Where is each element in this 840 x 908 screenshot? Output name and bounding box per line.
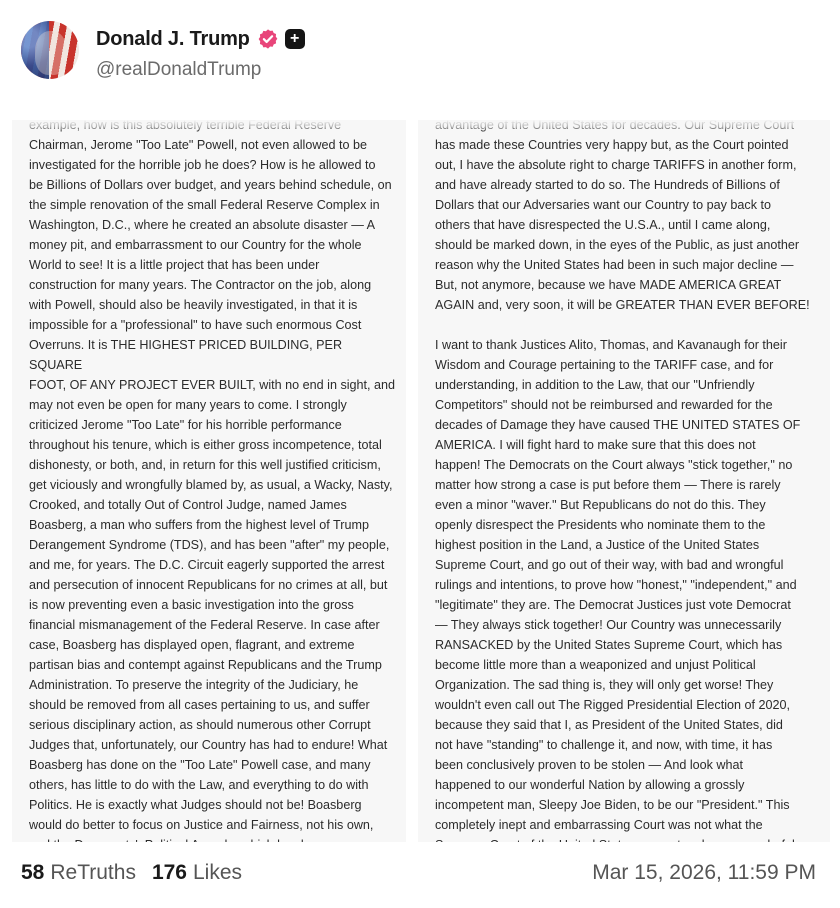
likes-label: Likes <box>193 861 242 885</box>
panel-fade-top <box>12 120 406 132</box>
author-display-name[interactable]: Donald J. Trump <box>96 28 250 51</box>
likes-count: 176 <box>152 861 187 885</box>
author-handle[interactable]: @realDonaldTrump <box>96 59 261 81</box>
retruths-label: ReTruths <box>50 861 136 885</box>
post-header: Donald J. Trump + @realDonaldTrump <box>0 0 840 110</box>
screenshot-panel-right: advantage of the United States for decad… <box>418 120 830 842</box>
retruths-stat[interactable]: 58 ReTruths <box>21 861 136 885</box>
plus-badge-icon: + <box>285 29 305 49</box>
verified-badge-icon <box>257 28 279 50</box>
panel-text-left: example, how is this absolutely terrible… <box>29 120 398 842</box>
screenshot-panel-left: example, how is this absolutely terrible… <box>12 120 406 842</box>
post-footer: 58 ReTruths 176 Likes Mar 15, 2026, 11:5… <box>0 855 840 895</box>
avatar-face <box>35 31 67 75</box>
panel-fade-top <box>418 120 830 132</box>
author-avatar[interactable] <box>21 21 79 79</box>
post-timestamp[interactable]: Mar 15, 2026, 11:59 PM <box>592 861 816 885</box>
author-name-row: Donald J. Trump + <box>96 24 305 54</box>
panel-text-right: advantage of the United States for decad… <box>435 120 822 842</box>
likes-stat[interactable]: 176 Likes <box>152 861 242 885</box>
post-stats: 58 ReTruths 176 Likes <box>21 861 258 885</box>
retruths-count: 58 <box>21 861 44 885</box>
